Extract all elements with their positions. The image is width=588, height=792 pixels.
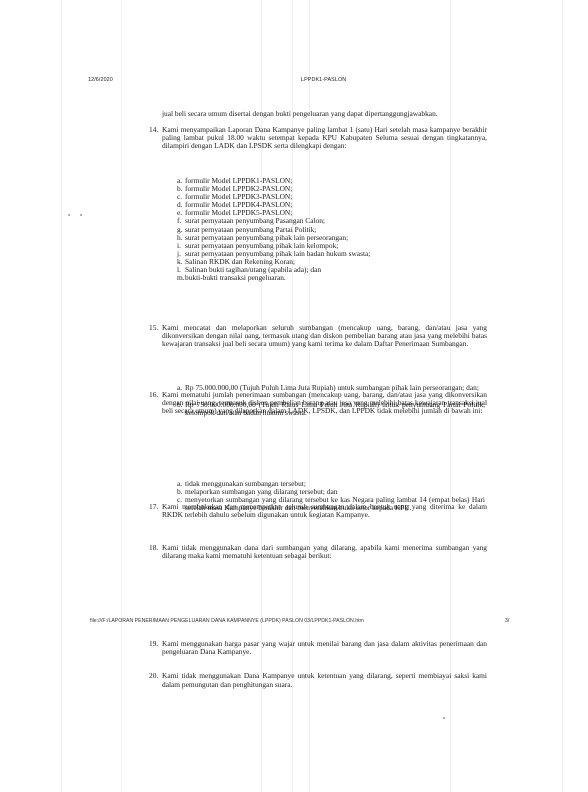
item-number: 18.: [149, 544, 158, 552]
item-text: Kami mencatat dan melaporkan seluruh sum…: [162, 323, 487, 348]
item-text: Kami tidak menggunakan dana dari sumbang…: [162, 543, 487, 560]
item-number: 16.: [149, 391, 158, 399]
sublist-14: a.formulir Model LPPDK1-PASLON; b.formul…: [185, 177, 485, 282]
item-number: 17.: [149, 503, 158, 511]
sublist-16-a: a.Rp 75.000.000,00 (Tujuh Puluh Lima Jut…: [185, 384, 485, 392]
item-text: Kami tidak menggunakan Dana Kampanye unt…: [162, 671, 487, 688]
list-item-15: 15. Kami mencatat dan melaporkan seluruh…: [162, 324, 487, 348]
item-text: Kami menggunakan harga pasar yang wajar …: [162, 639, 487, 656]
sublist-18: a.tidak menggunakan sumbangan tersebut; …: [185, 480, 485, 512]
document-body: jual beli secara umum disertai dengan bu…: [0, 0, 588, 138]
scan-speck: [443, 717, 445, 719]
list-item-20: 20. Kami tidak menggunakan Dana Kampanye…: [162, 672, 487, 688]
page-footer-number: 3/: [505, 618, 509, 624]
sublist-item: b.Rp 750.000.000.000,00 (Tujuh Ratus Lim…: [185, 401, 485, 417]
sublist-item: a.Rp 75.000.000,00 (Tujuh Puluh Lima Jut…: [185, 384, 485, 392]
item-number: 15.: [149, 324, 158, 332]
sublist-item: c.menyetorkan sumbangan yang dilarang te…: [185, 496, 485, 512]
scan-speck: [80, 214, 82, 216]
list-item-14: 14. Kami menyampaikan Laporan Dana Kampa…: [162, 126, 487, 150]
item-text: Kami menyampaikan Laporan Dana Kampanye …: [162, 125, 487, 150]
scan-speck: [68, 214, 70, 216]
continuation-paragraph: jual beli secara umum disertai dengan bu…: [162, 110, 487, 118]
sublist-item: m.bukti-bukti transaksi pengeluaran.: [185, 274, 485, 282]
item-number: 14.: [149, 126, 158, 134]
item-number: 20.: [149, 672, 158, 680]
page-footer-path: file:///F:/LAPORAN PENERIMAAN PENGELUARA…: [90, 618, 364, 624]
sublist-16-b: b.Rp 750.000.000.000,00 (Tujuh Ratus Lim…: [185, 401, 485, 417]
list-item-18: 18. Kami tidak menggunakan dana dari sum…: [162, 544, 487, 560]
item-number: 19.: [149, 640, 158, 648]
list-item-19: 19. Kami menggunakan harga pasar yang wa…: [162, 640, 487, 656]
